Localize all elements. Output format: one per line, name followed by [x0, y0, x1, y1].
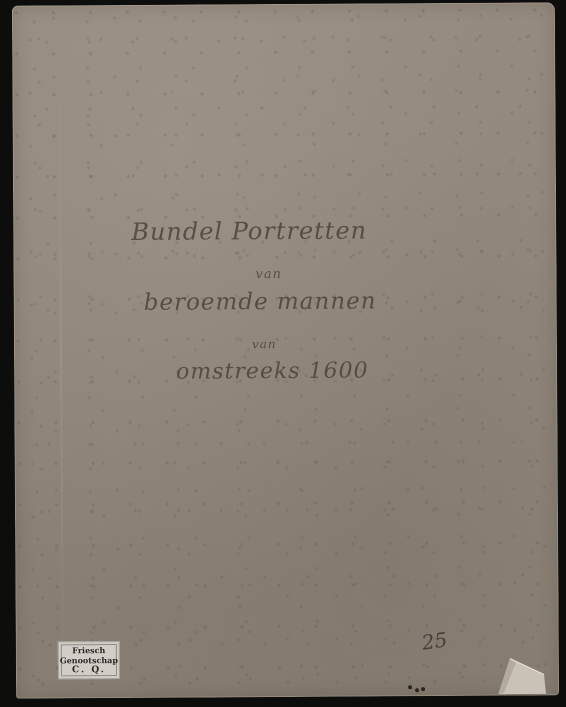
handwritten-title: Bundel Portretten van beroemde mannen va…	[113, 208, 473, 210]
title-line-4: van	[252, 337, 277, 351]
label-line-1: Friesch	[59, 645, 119, 655]
title-line-1: Bundel Portretten	[131, 216, 367, 245]
label-line-2: Genootschap	[59, 655, 119, 665]
title-line-2: van	[255, 267, 282, 282]
paper-cover: Bundel Portretten van beroemde mannen va…	[12, 2, 559, 698]
label-line-3: C. Q.	[59, 665, 119, 675]
ink-dots	[408, 685, 428, 695]
title-line-3: beroemde mannen	[144, 288, 377, 315]
library-label: Friesch Genootschap C. Q.	[58, 641, 120, 679]
spine-crease	[58, 13, 64, 693]
scanned-page: Bundel Portretten van beroemde mannen va…	[0, 0, 566, 707]
folded-corner	[496, 654, 548, 696]
title-line-5: omstreeks 1600	[176, 358, 369, 384]
shelf-number: 25	[420, 627, 449, 654]
